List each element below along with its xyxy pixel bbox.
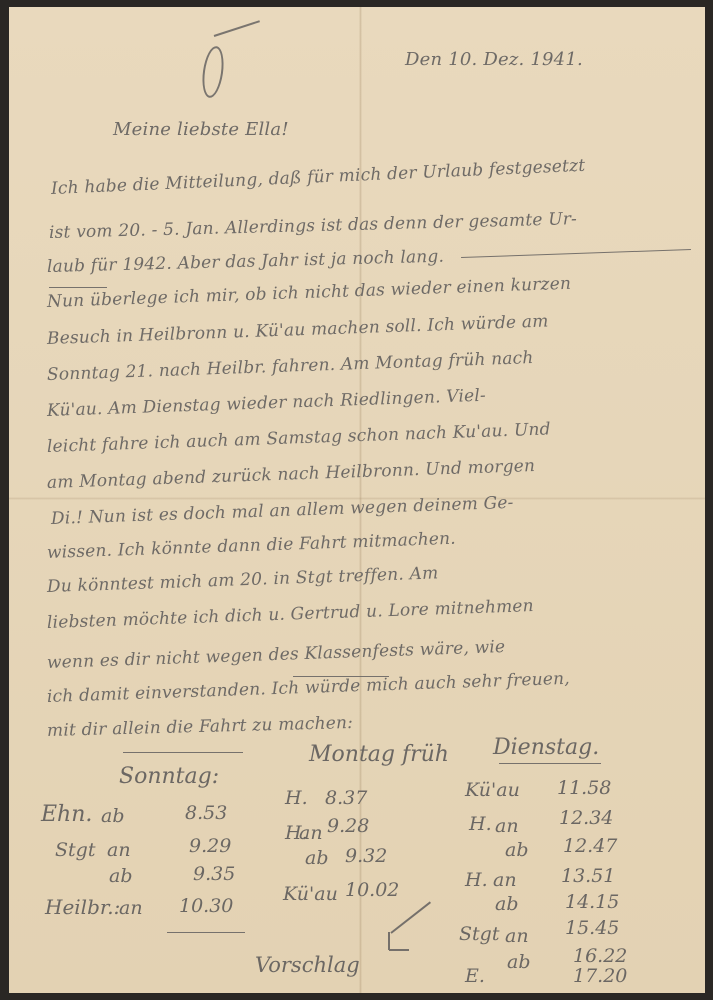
- title-underline: [499, 763, 601, 764]
- schedule-time: 9.29: [189, 835, 231, 857]
- schedule-type: an: [495, 815, 519, 837]
- schedule-type: an: [119, 897, 143, 919]
- body-line: Ich habe die Mitteilung, daß für mich de…: [51, 156, 586, 199]
- schedule-type: ab: [505, 839, 529, 861]
- schedule-type: an: [493, 869, 517, 891]
- header-mark-stroke: [214, 20, 260, 37]
- body-line: laub für 1942. Aber das Jahr ist ja noch…: [47, 247, 445, 277]
- schedule-type: ab: [101, 805, 125, 827]
- schedule-time: 16.22: [573, 945, 627, 967]
- body-line: Nun überlege ich mir, ob ich nicht das w…: [47, 274, 572, 312]
- body-line: Du könntest mich am 20. in Stgt treffen.…: [47, 563, 439, 597]
- letter-paper: Den 10. Dez. 1941. Meine liebste Ella! I…: [9, 7, 705, 993]
- schedule-time: 12.34: [559, 807, 613, 829]
- underline-mark: [461, 249, 691, 258]
- schedule-place: Kü'au: [283, 883, 338, 905]
- divider-line: [123, 752, 243, 753]
- schedule-time: 8.37: [325, 787, 367, 809]
- underline-mark: [49, 287, 107, 288]
- schedule-time: 8.53: [185, 802, 227, 824]
- header-mark-icon: [199, 45, 226, 99]
- divider-line: [167, 932, 245, 933]
- schedule-time: 17.20: [573, 965, 627, 987]
- body-line: mit dir allein die Fahrt zu machen:: [47, 713, 354, 741]
- schedule-type: an: [299, 822, 323, 844]
- body-line: Kü'au. Am Dienstag wieder nach Riedlinge…: [47, 386, 487, 421]
- schedule-type: ab: [305, 847, 329, 869]
- body-line: liebsten möchte ich dich u. Gertrud u. L…: [47, 596, 534, 633]
- schedule-time: 12.47: [563, 835, 617, 857]
- body-line: am Montag abend zurück nach Heilbronn. U…: [47, 456, 536, 493]
- schedule-time: 14.15: [565, 891, 619, 913]
- schedule-time: 11.58: [557, 777, 611, 799]
- schedule-time: 15.45: [565, 917, 619, 939]
- schedule-title: Montag früh: [309, 742, 449, 767]
- salutation: Meine liebste Ella!: [113, 119, 289, 140]
- body-line: Sonntag 21. nach Heilbr. fahren. Am Mont…: [47, 348, 534, 385]
- schedule-place: H.: [285, 787, 308, 809]
- schedule-place: H.: [465, 869, 488, 891]
- schedule-title: Sonntag:: [119, 764, 219, 789]
- schedule-type: an: [107, 839, 131, 861]
- schedule-time: 9.28: [327, 815, 369, 837]
- schedule-place: Ehn.: [41, 802, 92, 827]
- schedule-title: Dienstag.: [493, 735, 599, 760]
- body-line: leicht fahre ich auch am Samstag schon n…: [47, 419, 551, 457]
- underline-mark: [293, 676, 389, 677]
- schedule-place: Kü'au: [465, 779, 520, 801]
- body-line: Besuch in Heilbronn u. Kü'au machen soll…: [47, 311, 549, 349]
- schedule-time: 9.32: [345, 845, 387, 867]
- footer-note: Vorschlag: [255, 953, 360, 977]
- schedule-place: E.: [465, 965, 485, 987]
- schedule-place: Stgt: [459, 923, 499, 945]
- body-line: wissen. Ich könnte dann die Fahrt mitmac…: [47, 529, 457, 563]
- schedule-type: ab: [109, 865, 133, 887]
- body-line: ist vom 20. - 5. Jan. Allerdings ist das…: [49, 209, 578, 243]
- schedule-place: H.: [469, 813, 492, 835]
- letter-date: Den 10. Dez. 1941.: [405, 49, 583, 70]
- schedule-time: 13.51: [561, 865, 615, 887]
- schedule-time: 9.35: [193, 863, 235, 885]
- schedule-type: ab: [495, 893, 519, 915]
- schedule-type: an: [505, 925, 529, 947]
- schedule-place: Stgt: [55, 839, 95, 861]
- schedule-type: ab: [507, 951, 531, 973]
- schedule-place: Heilbr.:: [45, 895, 120, 919]
- schedule-time: 10.30: [179, 895, 233, 917]
- body-line: wenn es dir nicht wegen des Klassenfests…: [47, 637, 506, 673]
- body-line: ich damit einverstanden. Ich würde mich …: [47, 669, 571, 707]
- schedule-time: 10.02: [345, 879, 399, 901]
